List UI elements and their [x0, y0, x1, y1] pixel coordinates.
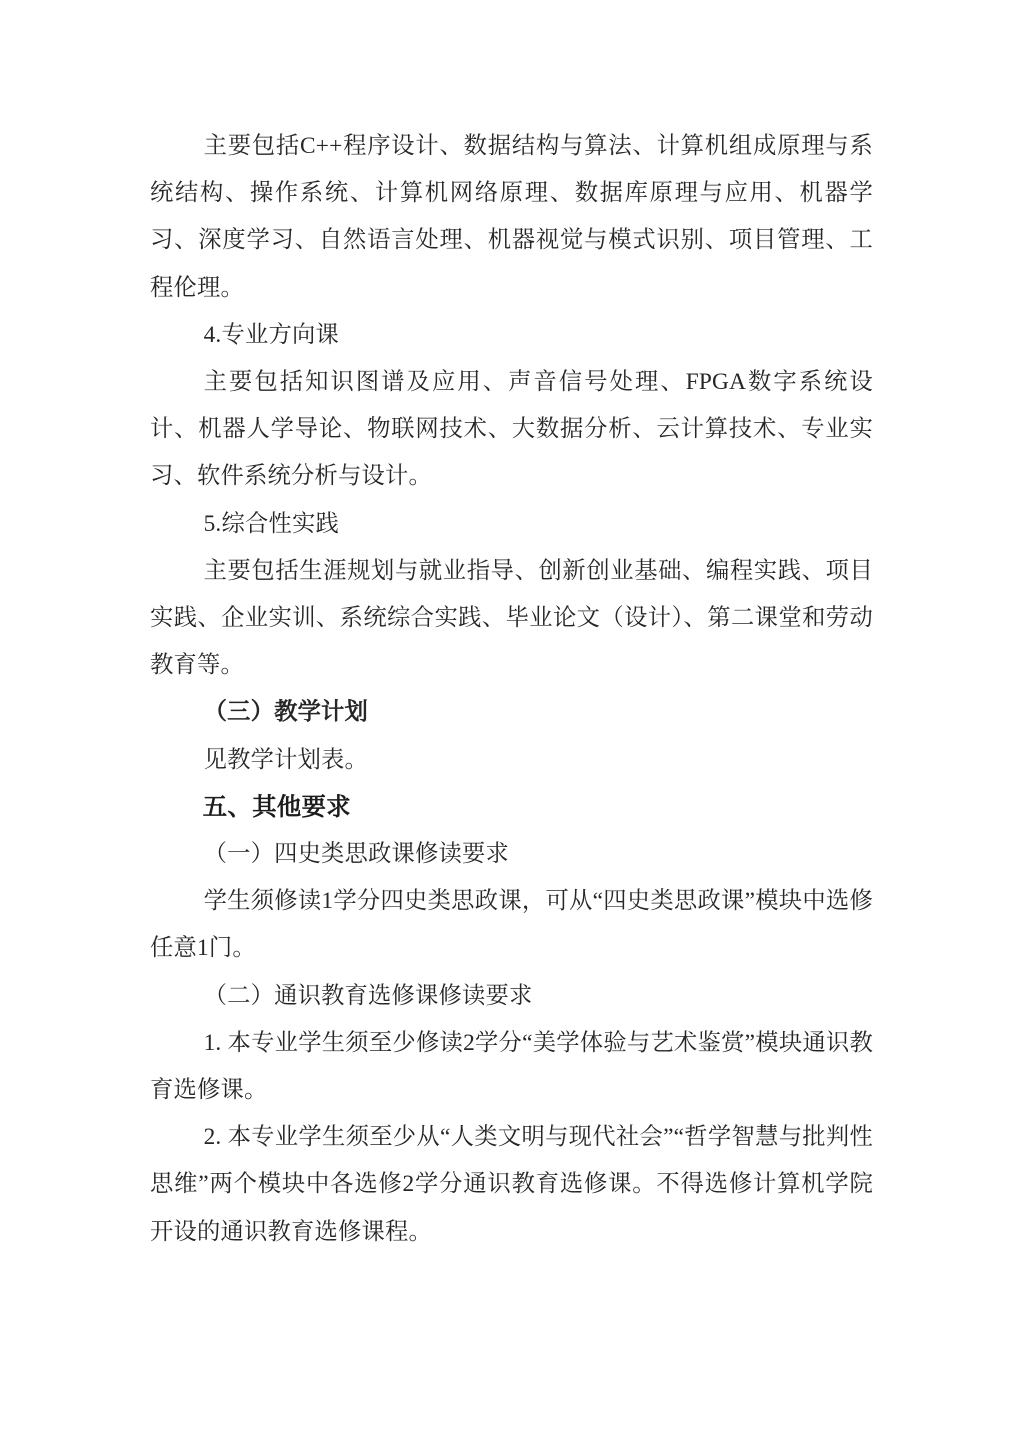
subheading-general-elective-courses: （二）通识教育选修课修读要求 — [150, 973, 873, 1020]
paragraph-general-elective-rule-1: 1. 本专业学生须至少修读2学分“美学体验与艺术鉴赏”模块通识教育选修课。 — [150, 1020, 873, 1114]
paragraph-core-courses: 主要包括C++程序设计、数据结构与算法、计算机组成原理与系统结构、操作系统、计算… — [150, 123, 873, 312]
paragraph-major-direction-courses: 主要包括知识图谱及应用、声音信号处理、FPGA数字系统设计、机器人学导论、物联网… — [150, 359, 873, 501]
subheading-sishi-ideology-courses: （一）四史类思政课修读要求 — [150, 831, 873, 878]
document-text-block: 主要包括C++程序设计、数据结构与算法、计算机组成原理与系统结构、操作系统、计算… — [150, 123, 873, 1256]
paragraph-see-teaching-plan: 见教学计划表。 — [150, 737, 873, 784]
section-heading-other-requirements: 五、其他要求 — [150, 784, 873, 831]
subheading-comprehensive-practice: 5.综合性实践 — [150, 501, 873, 548]
document-page: 主要包括C++程序设计、数据结构与算法、计算机组成原理与系统结构、操作系统、计算… — [0, 0, 1024, 1448]
paragraph-general-elective-rule-2: 2. 本专业学生须至少从“人类文明与现代社会”“哲学智慧与批判性思维”两个模块中… — [150, 1114, 873, 1256]
subheading-teaching-plan: （三）教学计划 — [150, 689, 873, 736]
paragraph-sishi-requirement: 学生须修读1学分四史类思政课，可从“四史类思政课”模块中选修任意1门。 — [150, 878, 873, 972]
subheading-major-direction-courses: 4.专业方向课 — [150, 312, 873, 359]
paragraph-comprehensive-practice: 主要包括生涯规划与就业指导、创新创业基础、编程实践、项目实践、企业实训、系统综合… — [150, 548, 873, 690]
